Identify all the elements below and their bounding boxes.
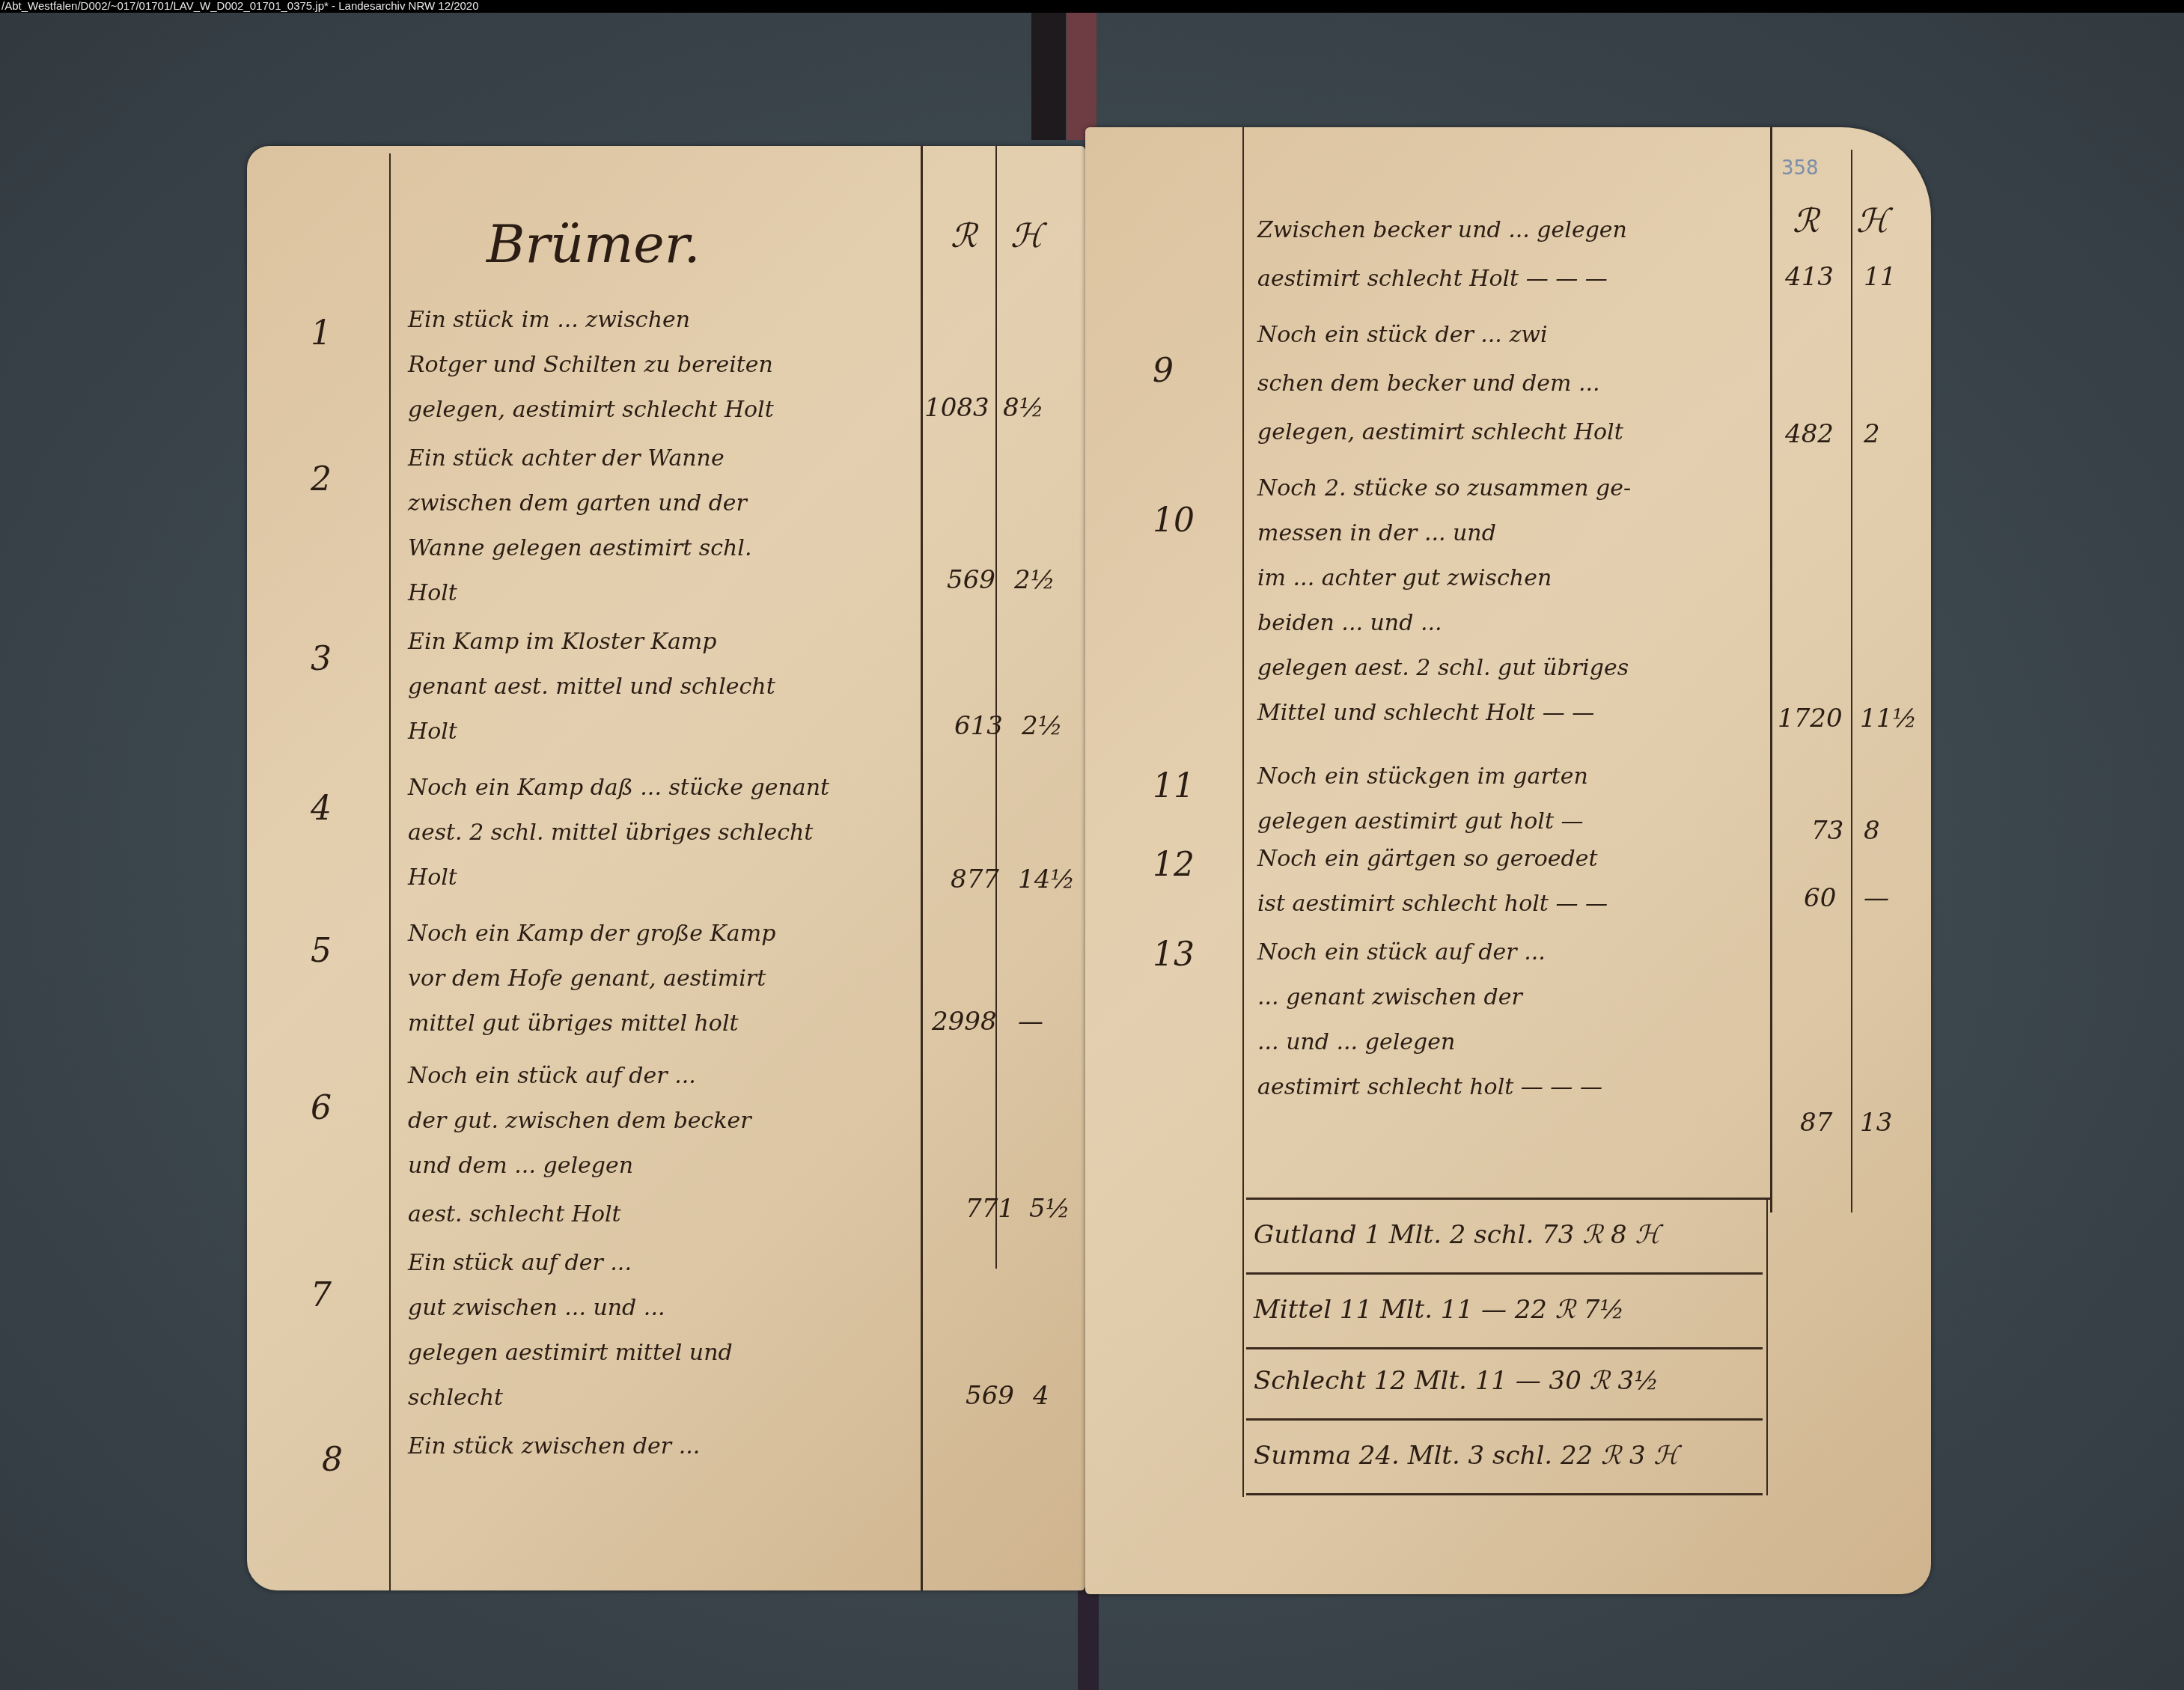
entry-index: 2 bbox=[311, 460, 332, 498]
column-header: ℛ bbox=[1793, 202, 1819, 240]
entry-line: ... genant zwischen der bbox=[1257, 984, 1522, 1010]
amount-heller: — bbox=[1018, 1007, 1043, 1037]
entry-line: genant aest. mittel und schlecht bbox=[408, 674, 775, 700]
right-page: 358 ℛ ℋ Zwischen becker und ... gelegen … bbox=[1085, 127, 1931, 1594]
entry-index: 8 bbox=[322, 1441, 343, 1479]
column-rule-b bbox=[995, 146, 997, 1269]
entry-line: gelegen aestimirt gut holt — bbox=[1257, 808, 1583, 835]
entry-line: Noch ein stück der ... zwi bbox=[1257, 322, 1548, 348]
entry-line: gut zwischen ... und ... bbox=[408, 1295, 665, 1321]
entry-line: gelegen aest. 2 schl. gut übriges bbox=[1257, 655, 1629, 681]
entry-line: ... und ... gelegen bbox=[1257, 1029, 1455, 1055]
totals-table: Gutland 1 Mlt. 2 schl. 73 ℛ 8 ℋ Mittel 1… bbox=[1246, 1198, 1770, 1497]
amount-reichstaler: 73 bbox=[1811, 816, 1843, 846]
column-header: ℋ bbox=[1010, 217, 1043, 255]
page-heading: Brümer. bbox=[486, 213, 701, 275]
entry-index: 4 bbox=[311, 790, 332, 828]
entry-line: Ein stück auf der ... bbox=[408, 1250, 632, 1276]
column-header: ℋ bbox=[1856, 202, 1888, 240]
entry-line: messen in der ... und bbox=[1257, 520, 1496, 546]
amount-reichstaler: 613 bbox=[954, 711, 1003, 741]
entry-line: Ein stück achter der Wanne bbox=[408, 445, 725, 472]
entry-line: gelegen, aestimirt schlecht Holt bbox=[1257, 419, 1623, 445]
entry-line: aest. schlecht Holt bbox=[408, 1201, 621, 1227]
entry-index: 9 bbox=[1153, 352, 1174, 390]
entry-line: und dem ... gelegen bbox=[408, 1153, 633, 1179]
page-number: 358 bbox=[1781, 157, 1819, 180]
amount-reichstaler: 569 bbox=[966, 1381, 1014, 1411]
entry-line: schen dem becker und dem ... bbox=[1257, 370, 1600, 397]
entry-index: 3 bbox=[311, 640, 332, 678]
entry-line: Noch 2. stücke so zusammen ge- bbox=[1257, 475, 1631, 501]
entry-line: Ein stück zwischen der ... bbox=[408, 1433, 700, 1459]
amount-reichstaler: 482 bbox=[1785, 419, 1834, 449]
total-row-summa: Summa 24. Mlt. 3 schl. 22 ℛ 3 ℋ bbox=[1254, 1441, 1679, 1471]
book-spine bbox=[1031, 13, 1066, 140]
amount-reichstaler: 413 bbox=[1785, 262, 1834, 292]
entry-line: Noch ein stückgen im garten bbox=[1257, 763, 1588, 790]
entry-line: ist aestimirt schlecht holt — — bbox=[1257, 891, 1608, 917]
entry-index: 5 bbox=[311, 932, 332, 970]
amount-reichstaler: 1083 bbox=[924, 393, 989, 423]
amount-heller: 11½ bbox=[1860, 704, 1917, 733]
entry-line: schlecht bbox=[408, 1385, 503, 1411]
entry-line: aestimirt schlecht Holt — — — bbox=[1257, 266, 1608, 292]
amount-reichstaler: 2998 bbox=[932, 1007, 997, 1037]
entry-line: Noch ein stück auf der ... bbox=[408, 1063, 696, 1089]
amount-heller: — bbox=[1864, 883, 1889, 913]
window-title: /Abt_Westfalen/D002/~017/01701/LAV_W_D00… bbox=[0, 0, 2184, 13]
entry-line: zwischen dem garten und der bbox=[408, 490, 747, 516]
amount-reichstaler: 60 bbox=[1804, 883, 1836, 913]
amount-heller: 2½ bbox=[1022, 711, 1063, 741]
total-row-middle: Mittel 11 Mlt. 11 — 22 ℛ 7½ bbox=[1254, 1295, 1624, 1325]
amount-heller: 2 bbox=[1864, 419, 1880, 449]
margin-rule bbox=[389, 153, 391, 1590]
column-rule-b bbox=[1851, 150, 1852, 1212]
entry-line: Zwischen becker und ... gelegen bbox=[1257, 217, 1627, 243]
entry-index: 1 bbox=[311, 314, 332, 353]
entry-index: 12 bbox=[1153, 846, 1195, 884]
margin-rule bbox=[1242, 127, 1244, 1497]
entry-line: Ein Kamp im Kloster Kamp bbox=[408, 629, 717, 655]
entry-index: 11 bbox=[1153, 767, 1195, 805]
entry-line: Noch ein Kamp daß ... stücke genant bbox=[408, 775, 829, 801]
amount-heller: 8½ bbox=[1003, 393, 1044, 423]
amount-heller: 5½ bbox=[1029, 1194, 1070, 1224]
amount-reichstaler: 877 bbox=[951, 864, 999, 894]
entry-line: Holt bbox=[408, 864, 457, 891]
entry-line: Holt bbox=[408, 580, 457, 606]
entry-line: mittel gut übriges mittel holt bbox=[408, 1010, 739, 1037]
amount-heller: 14½ bbox=[1018, 864, 1075, 894]
entry-line: Noch ein stück auf der ... bbox=[1257, 939, 1546, 966]
entry-index: 10 bbox=[1153, 501, 1195, 540]
amount-heller: 13 bbox=[1860, 1108, 1892, 1138]
total-row-poor: Schlecht 12 Mlt. 11 — 30 ℛ 3½ bbox=[1254, 1366, 1659, 1396]
entry-line: gelegen, aestimirt schlecht Holt bbox=[408, 397, 774, 423]
entry-index: 6 bbox=[311, 1089, 332, 1127]
entry-line: der gut. zwischen dem becker bbox=[408, 1108, 751, 1134]
entry-index: 13 bbox=[1153, 936, 1195, 974]
entry-line: Ein stück im ... zwischen bbox=[408, 307, 690, 333]
total-row-good: Gutland 1 Mlt. 2 schl. 73 ℛ 8 ℋ bbox=[1254, 1220, 1660, 1250]
entry-line: Wanne gelegen aestimirt schl. bbox=[408, 535, 751, 561]
amount-reichstaler: 771 bbox=[966, 1194, 1014, 1224]
amount-heller: 8 bbox=[1864, 816, 1880, 846]
amount-heller: 4 bbox=[1033, 1381, 1049, 1411]
left-page: Brümer. ℛ ℋ 1 Ein stück im ... zwischen … bbox=[247, 146, 1085, 1590]
entry-line: Holt bbox=[408, 719, 457, 745]
entry-line: Rotger und Schilten zu bereiten bbox=[408, 352, 773, 378]
entry-line: im ... achter gut zwischen bbox=[1257, 565, 1552, 591]
entry-index: 7 bbox=[311, 1276, 332, 1314]
column-header: ℛ bbox=[951, 217, 977, 255]
amount-heller: 2½ bbox=[1014, 565, 1055, 595]
entry-line: vor dem Hofe genant, aestimirt bbox=[408, 966, 766, 992]
amount-reichstaler: 87 bbox=[1800, 1108, 1832, 1138]
book-spine-ribbon bbox=[1067, 13, 1096, 140]
entry-line: Mittel und schlecht Holt — — bbox=[1257, 700, 1594, 726]
entry-line: Noch ein gärtgen so geroedet bbox=[1257, 846, 1598, 872]
entry-line: Noch ein Kamp der große Kamp bbox=[408, 921, 775, 947]
amount-heller: 11 bbox=[1864, 262, 1896, 292]
column-rule-a bbox=[921, 146, 923, 1590]
entry-line: aest. 2 schl. mittel übriges schlecht bbox=[408, 820, 813, 846]
entry-line: beiden ... und ... bbox=[1257, 610, 1442, 636]
entry-line: aestimirt schlecht holt — — — bbox=[1257, 1074, 1602, 1100]
entry-line: gelegen aestimirt mittel und bbox=[408, 1340, 733, 1366]
amount-reichstaler: 569 bbox=[947, 565, 995, 595]
column-rule-a bbox=[1770, 127, 1772, 1212]
amount-reichstaler: 1720 bbox=[1778, 704, 1843, 733]
